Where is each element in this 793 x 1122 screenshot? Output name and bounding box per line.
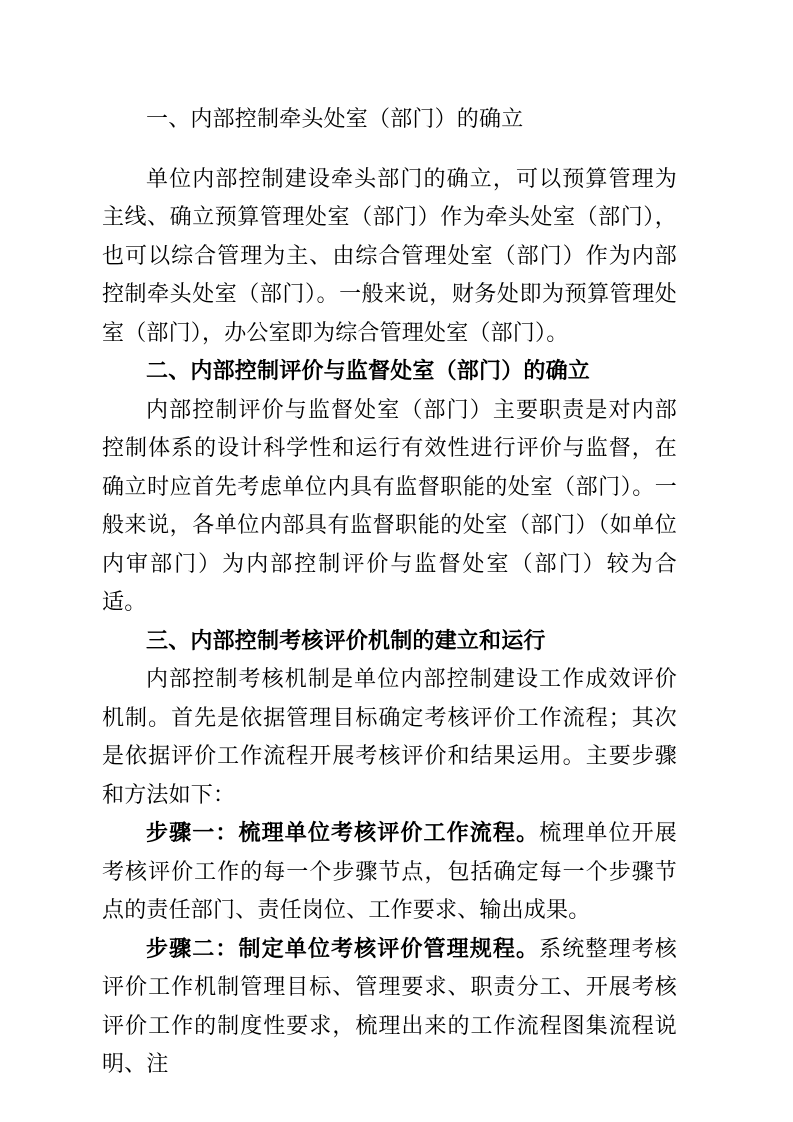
section-1-paragraph: 单位内部控制建设牵头部门的确立，可以预算管理为主线、确立预算管理处室（部门）作为… [102,160,677,353]
section-1-heading: 一、内部控制牵头处室（部门）的确立 [102,100,677,139]
document-page: 一、内部控制牵头处室（部门）的确立 单位内部控制建设牵头部门的确立，可以预算管理… [0,0,793,1122]
document-body: 一、内部控制牵头处室（部门）的确立 单位内部控制建设牵头部门的确立，可以预算管理… [102,100,677,1084]
step-1-lead: 步骤一：梳理单位考核评价工作流程。 [146,820,539,845]
section-2-paragraph: 内部控制评价与监督处室（部门）主要职责是对内部控制体系的设计科学性和运行有效性进… [102,391,677,622]
step-2-lead: 步骤二：制定单位考核评价管理规程。 [146,936,539,961]
step-2-paragraph: 步骤二：制定单位考核评价管理规程。系统整理考核评价工作机制管理目标、管理要求、职… [102,930,677,1084]
section-2-heading: 二、内部控制评价与监督处室（部门）的确立 [102,352,677,391]
step-1-paragraph: 步骤一：梳理单位考核评价工作流程。梳理单位开展考核评价工作的每一个步骤节点，包括… [102,814,677,930]
section-3-heading: 三、内部控制考核评价机制的建立和运行 [102,622,677,661]
section-3-paragraph: 内部控制考核机制是单位内部控制建设工作成效评价机制。首先是依据管理目标确定考核评… [102,660,677,814]
